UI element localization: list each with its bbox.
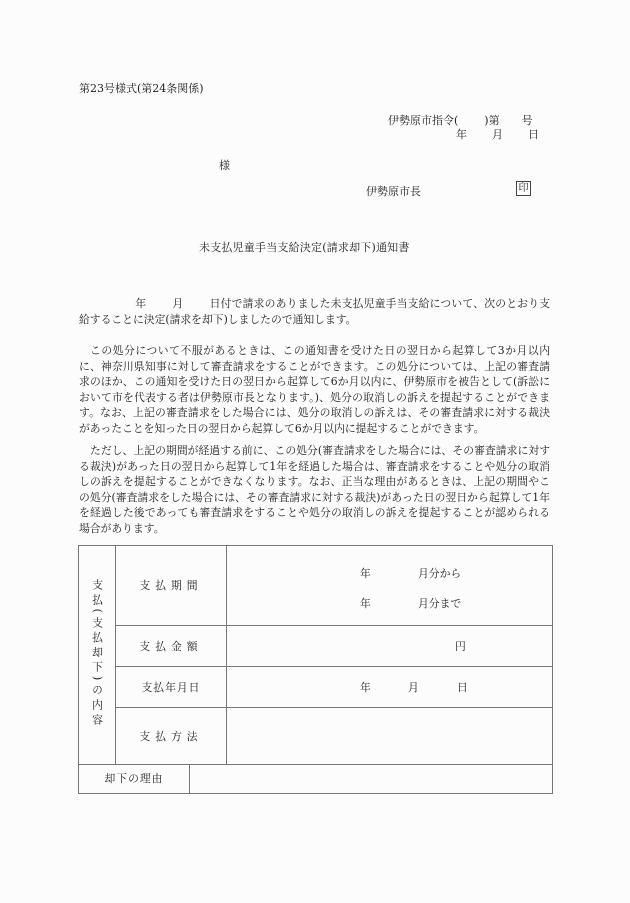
notice-text: 日付で請求のありました未支払児童手当支給について、次のとおり支給することに決定(… (79, 297, 550, 326)
payment-period-field[interactable]: 年 月分から 年 月分まで (227, 546, 553, 626)
issuer-name: 伊勢原市長 (366, 183, 421, 199)
row-label: 支払方法 (116, 708, 227, 765)
to-month: 月分まで (418, 596, 461, 611)
appeal-paragraph: この処分について不服があるときは、この通知書を受けた日の翌日から起算して3か月以… (79, 343, 550, 436)
table-row: 却下の理由 (79, 765, 553, 794)
yen-unit: 円 (455, 639, 466, 654)
row-label: 支払金額 (116, 626, 227, 667)
addressee-suffix: 様 (219, 157, 230, 173)
table-row: 支払年月日 年 月 日 (79, 667, 553, 708)
seal-stamp: 印 (516, 181, 531, 196)
notice-year: 年 (135, 297, 146, 310)
reference-prefix: 伊勢原市指令( (388, 114, 458, 127)
payment-date-field[interactable]: 年 月 日 (227, 667, 553, 708)
side-label: 支払(支払却下)の内容 (91, 579, 103, 729)
reason-row: 却下の理由 (79, 765, 553, 794)
side-label-cell: 支払(支払却下)の内容 (79, 546, 116, 765)
table-row: 支払方法 (79, 708, 553, 765)
pay-month: 月 (408, 680, 419, 695)
reason-field[interactable] (190, 765, 552, 793)
notice-month: 月 (172, 297, 183, 310)
reason-label: 却下の理由 (79, 765, 190, 793)
row-label: 支払期間 (116, 546, 227, 626)
issue-date: 年月日 (456, 126, 539, 142)
issue-month: 月 (492, 126, 528, 142)
issue-year: 年 (456, 126, 492, 142)
row-label: 支払年月日 (116, 667, 227, 708)
pay-day: 日 (457, 680, 468, 695)
pay-year: 年 (360, 680, 371, 695)
payment-method-field[interactable] (227, 708, 553, 765)
issue-day: 日 (528, 126, 539, 142)
payment-amount-field[interactable]: 円 (227, 626, 553, 667)
form-number: 第23号様式(第24条関係) (79, 80, 204, 96)
from-year: 年 (360, 566, 371, 581)
to-year: 年 (360, 596, 371, 611)
appeal-limit-paragraph: ただし、上記の期間が経過する前に、この処分(審査請求をした場合には、その審査請求… (79, 443, 550, 536)
notice-paragraph: 年月日付で請求のありました未支払児童手当支給について、次のとおり支給することに決… (79, 296, 550, 327)
payment-details-table: 支払(支払却下)の内容 支払期間 年 月分から 年 月分まで 支払金額 円 支払… (78, 545, 553, 794)
table-row: 支払金額 円 (79, 626, 553, 667)
table-row: 支払(支払却下)の内容 支払期間 年 月分から 年 月分まで (79, 546, 553, 626)
document-title: 未支払児童手当支給決定(請求却下)通知書 (199, 239, 410, 255)
from-month: 月分から (418, 566, 461, 581)
